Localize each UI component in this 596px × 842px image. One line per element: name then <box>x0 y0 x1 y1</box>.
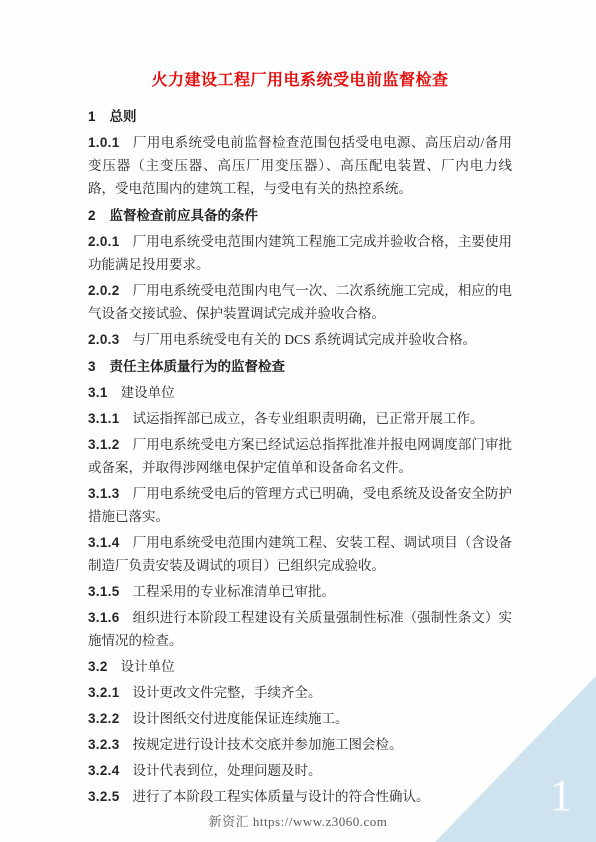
clause-3.1.3: 3.1.3厂用电系统受电后的管理方式已明确，受电系统及设备安全防护措施已落实。 <box>88 482 512 528</box>
clause-3.2.1: 3.2.1设计更改文件完整，手续齐全。 <box>88 681 512 704</box>
subclause-heading-3.2: 3.2设计单位 <box>88 655 512 678</box>
section-number: 1 <box>88 109 96 124</box>
clause-number: 3.2 <box>88 659 108 674</box>
section-number: 3 <box>88 359 96 374</box>
clause-text: 厂用电系统受电范围内电气一次、二次系统施工完成，相应的电气设备交接试验、保护装置… <box>88 283 512 321</box>
clause-1.0.1: 1.0.1厂用电系统受电前监督检查范围包括受电电源、高压启动/备用变压器（主变压… <box>88 131 512 200</box>
clause-number: 3.2.4 <box>88 763 120 778</box>
clause-text: 设计代表到位，处理问题及时。 <box>133 763 322 778</box>
section-number: 2 <box>88 208 96 223</box>
clause-number: 1.0.1 <box>88 135 120 150</box>
clause-number: 3.2.1 <box>88 685 120 700</box>
clause-text: 厂用电系统受电范围内建筑工程、安装工程、调试项目（含设备制造厂负责安装及调试的项… <box>88 535 512 573</box>
clause-3.1.4: 3.1.4厂用电系统受电范围内建筑工程、安装工程、调试项目（含设备制造厂负责安装… <box>88 531 512 577</box>
clause-2.0.3: 2.0.3与厂用电系统受电有关的 DCS 系统调试完成并验收合格。 <box>88 328 512 351</box>
subclause-heading-3.1: 3.1建设单位 <box>88 381 512 404</box>
clause-2.0.2: 2.0.2厂用电系统受电范围内电气一次、二次系统施工完成，相应的电气设备交接试验… <box>88 279 512 325</box>
document-content: 火力建设工程厂用电系统受电前监督检查 1总则1.0.1厂用电系统受电前监督检查范… <box>88 70 512 811</box>
clause-3.2.3: 3.2.3按规定进行设计技术交底并参加施工图会检。 <box>88 733 512 756</box>
clause-text: 试运指挥部已成立，各专业组职责明确，已正常开展工作。 <box>133 411 484 426</box>
clause-text: 建设单位 <box>121 385 175 400</box>
section-title: 总则 <box>110 109 137 124</box>
section-heading-2: 2监督检查前应具备的条件 <box>88 204 512 227</box>
clause-number: 3.1.5 <box>88 584 120 599</box>
clause-3.1.5: 3.1.5工程采用的专业标准清单已审批。 <box>88 580 512 603</box>
clause-number: 3.2.3 <box>88 737 120 752</box>
clause-text: 与厂用电系统受电有关的 DCS 系统调试完成并验收合格。 <box>133 332 477 347</box>
clause-3.1.1: 3.1.1试运指挥部已成立，各专业组职责明确，已正常开展工作。 <box>88 407 512 430</box>
document-body: 1总则1.0.1厂用电系统受电前监督检查范围包括受电电源、高压启动/备用变压器（… <box>88 105 512 808</box>
clause-number: 3.1.1 <box>88 411 120 426</box>
clause-text: 厂用电系统受电范围内建筑工程施工完成并验收合格，主要使用功能满足投用要求。 <box>88 234 512 272</box>
footer-watermark: 新资汇 https://www.z3060.com <box>0 811 596 830</box>
clause-text: 工程采用的专业标准清单已审批。 <box>133 584 336 599</box>
clause-3.1.6: 3.1.6组织进行本阶段工程建设有关质量强制性标准（强制性条文）实施情况的检查。 <box>88 606 512 652</box>
document-page: 火力建设工程厂用电系统受电前监督检查 1总则1.0.1厂用电系统受电前监督检查范… <box>0 0 596 842</box>
clause-2.0.1: 2.0.1厂用电系统受电范围内建筑工程施工完成并验收合格，主要使用功能满足投用要… <box>88 230 512 276</box>
clause-number: 2.0.3 <box>88 332 120 347</box>
clause-text: 按规定进行设计技术交底并参加施工图会检。 <box>133 737 403 752</box>
clause-3.2.5: 3.2.5进行了本阶段工程实体质量与设计的符合性确认。 <box>88 785 512 808</box>
page-title: 火力建设工程厂用电系统受电前监督检查 <box>88 70 512 92</box>
clause-3.1.2: 3.1.2厂用电系统受电方案已经试运总指挥批准并报电网调度部门审批或备案，并取得… <box>88 433 512 479</box>
clause-text: 厂用电系统受电方案已经试运总指挥批准并报电网调度部门审批或备案，并取得涉网继电保… <box>88 437 512 475</box>
clause-text: 厂用电系统受电后的管理方式已明确，受电系统及设备安全防护措施已落实。 <box>88 486 512 524</box>
clause-text: 设计图纸交付进度能保证连续施工。 <box>133 711 349 726</box>
clause-3.2.2: 3.2.2设计图纸交付进度能保证连续施工。 <box>88 707 512 730</box>
section-title: 责任主体质量行为的监督检查 <box>110 359 286 374</box>
clause-text: 组织进行本阶段工程建设有关质量强制性标准（强制性条文）实施情况的检查。 <box>88 610 512 648</box>
clause-text: 设计更改文件完整，手续齐全。 <box>133 685 322 700</box>
clause-number: 3.1 <box>88 385 108 400</box>
clause-text: 厂用电系统受电前监督检查范围包括受电电源、高压启动/备用变压器（主变压器、高压厂… <box>88 135 512 196</box>
section-title: 监督检查前应具备的条件 <box>110 208 259 223</box>
clause-3.2.4: 3.2.4设计代表到位，处理问题及时。 <box>88 759 512 782</box>
clause-number: 3.2.5 <box>88 789 120 804</box>
clause-number: 3.2.2 <box>88 711 120 726</box>
clause-number: 3.1.2 <box>88 437 120 452</box>
clause-text: 设计单位 <box>121 659 175 674</box>
clause-text: 进行了本阶段工程实体质量与设计的符合性确认。 <box>133 789 430 804</box>
clause-number: 2.0.1 <box>88 234 120 249</box>
clause-number: 3.1.4 <box>88 535 120 550</box>
section-heading-3: 3责任主体质量行为的监督检查 <box>88 355 512 378</box>
clause-number: 3.1.6 <box>88 610 120 625</box>
clause-number: 3.1.3 <box>88 486 120 501</box>
clause-number: 2.0.2 <box>88 283 120 298</box>
section-heading-1: 1总则 <box>88 105 512 128</box>
